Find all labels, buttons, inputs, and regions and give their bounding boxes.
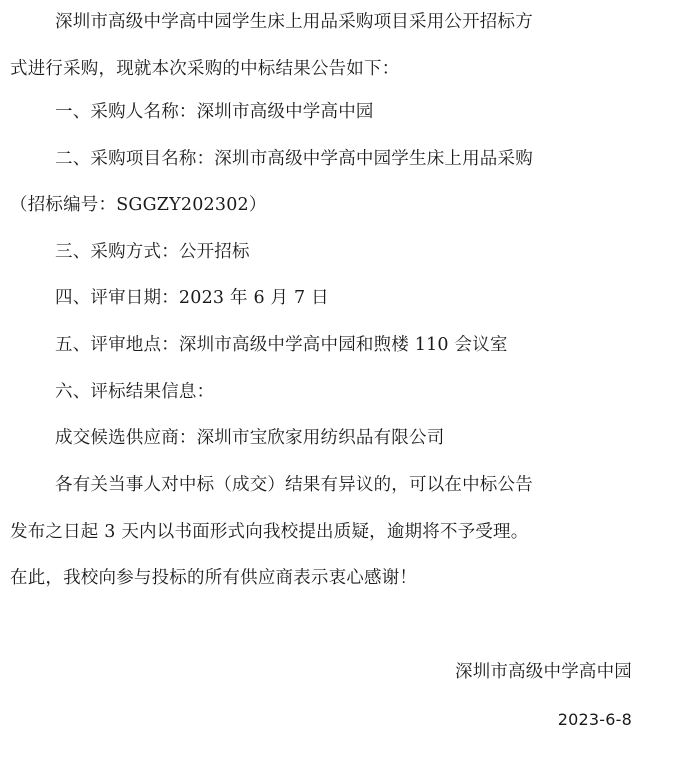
item-review-location: 五、评审地点：深圳市高级中学高中园和煦楼 110 会议室 [55,333,508,357]
item-procurement-method: 三、采购方式：公开招标 [55,240,250,264]
signature-organization: 深圳市高级中学高中园 [455,660,632,684]
item-project-name: 二、采购项目名称：深圳市高级中学高中园学生床上用品采购 [55,147,533,171]
item-purchaser-name: 一、采购人名称：深圳市高级中学高中园 [55,100,374,124]
item-review-date: 四、评审日期：2023 年 6 月 7 日 [55,286,329,310]
item-tender-number: （招标编号：SGGZY202302） [10,193,267,217]
item-result-info: 六、评标结果信息： [55,380,214,404]
signature-date: 2023-6-8 [558,708,632,732]
notice-line-2: 发布之日起 3 天内以书面形式向我校提出质疑，逾期将不予受理。 [10,520,528,544]
notice-line-1: 各有关当事人对中标（成交）结果有异议的，可以在中标公告 [55,473,533,497]
intro-line-2: 式进行采购，现就本次采购的中标结果公告如下： [10,57,399,81]
item-winning-supplier: 成交候选供应商：深圳市宝欣家用纺织品有限公司 [55,426,444,450]
intro-line-1: 深圳市高级中学高中园学生床上用品采购项目采用公开招标方 [55,10,533,34]
notice-line-3: 在此，我校向参与投标的所有供应商表示衷心感谢！ [10,566,417,590]
